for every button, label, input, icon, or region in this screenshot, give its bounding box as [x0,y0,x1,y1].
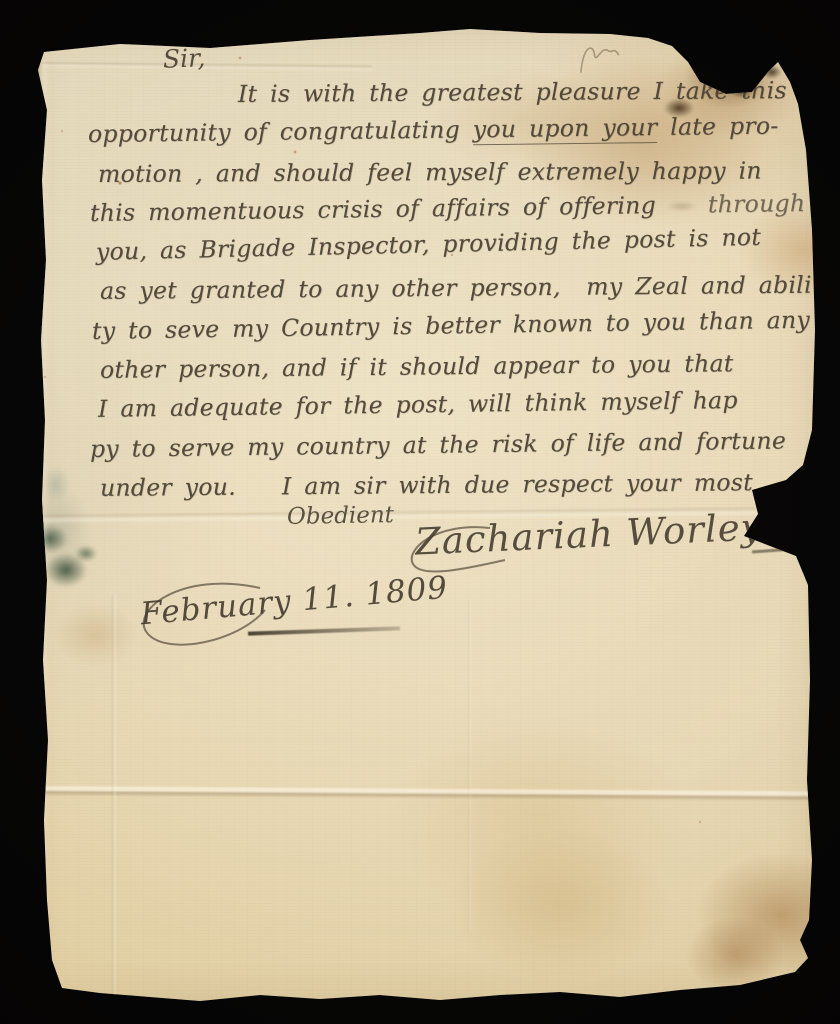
letter-line: py to serve my country at the risk of li… [88,421,802,469]
letter-salutation: Sir, [163,43,206,73]
letter-line: opportunity of congratulating you upon y… [88,107,802,155]
fold-crease-vertical-center [468,600,472,930]
line-11-closing-text: I am sir with due respect your most [282,468,753,500]
scanned-letter-background: Sir, It is with the greatest pleasure I … [0,0,840,1024]
line-2-text-end: late pro- [657,112,779,141]
fold-crease-lower [40,786,812,801]
left-edge-shading [36,60,49,965]
fold-crease-top [42,62,372,71]
line-2-text: opportunity of congratulating [88,116,473,149]
fold-crease-vertical-left [112,595,117,1000]
date-underline-flourish [248,626,400,635]
ink-smudge [660,199,704,213]
underlined-phrase: you upon your [473,113,658,145]
line-11-text: under you. [100,473,236,502]
letter-body: It is with the greatest pleasure I take … [88,76,802,508]
letter-paper: Sir, It is with the greatest pleasure I … [0,0,840,1024]
line-4-faded-word: through [708,189,806,218]
letter-line: under you.I am sir with due respect your… [88,463,802,509]
letter-closing: Obedient [287,502,394,530]
